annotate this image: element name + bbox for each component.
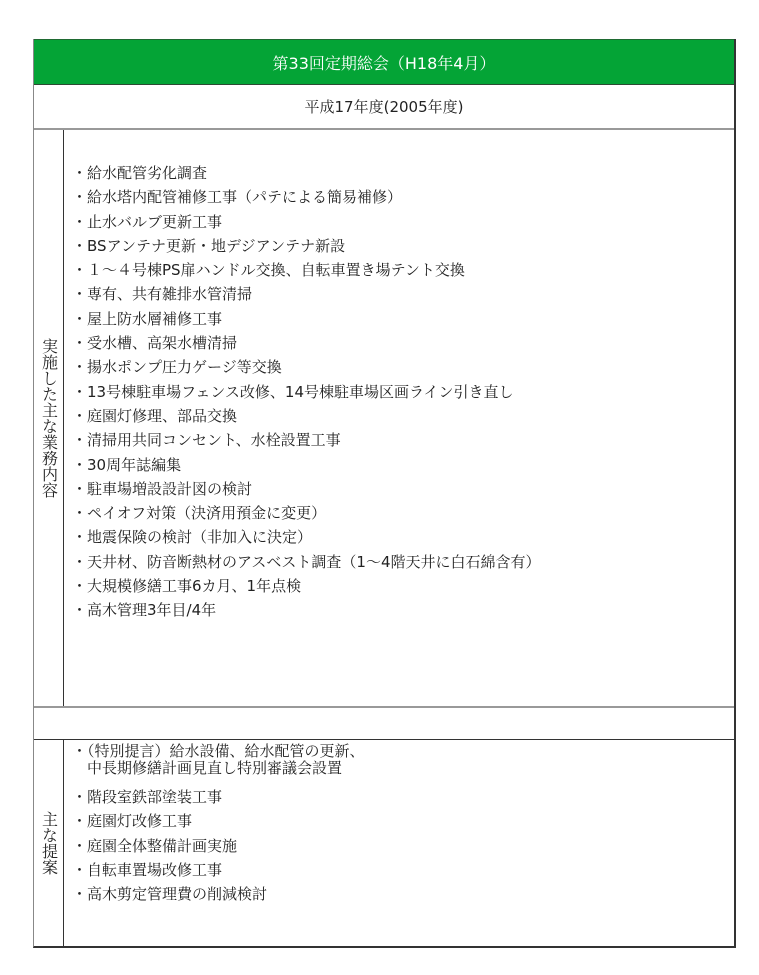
list-item: 階段室鉄部塗装工事 xyxy=(72,785,726,809)
list-item: 庭園全体整備計画実施 xyxy=(72,834,726,858)
list-item: 屋上防水層補修工事 xyxy=(72,307,726,331)
list-item: 止水バルブ更新工事 xyxy=(72,210,726,234)
implemented-work-section: 実施した主な業務内容 給水配管劣化調査 給水塔内配管補修工事（パテによる簡易補修… xyxy=(34,130,734,708)
list-item: 給水配管劣化調査 xyxy=(72,161,726,185)
list-item: 自転車置場改修工事 xyxy=(72,858,726,882)
spacer-row xyxy=(34,708,734,740)
list-item: 庭園灯修理、部品交換 xyxy=(72,404,726,428)
list-item: 天井材、防音断熱材のアスベスト調査（1～4階天井に白石綿含有） xyxy=(72,550,726,574)
proposals-section: 主な提案 （特別提言）給水設備、給水配管の更新、 中長期修繕計画見直し特別審議会… xyxy=(34,740,734,946)
list-item: 清掃用共同コンセント、水栓設置工事 xyxy=(72,428,726,452)
list-item: １～４号棟PS扉ハンドル交換、自転車置き場テント交換 xyxy=(72,258,726,282)
list-item: 13号棟駐車場フェンス改修、14号棟駐車場区画ライン引き直し xyxy=(72,380,726,404)
list-item: 給水塔内配管補修工事（パテによる簡易補修） xyxy=(72,185,726,209)
list-item: 駐車場増設設計図の検討 xyxy=(72,477,726,501)
implemented-work-label: 実施した主な業務内容 xyxy=(40,338,58,498)
list-item: 30周年誌編集 xyxy=(72,453,726,477)
list-item: 高木管理3年目/4年 xyxy=(72,598,726,622)
list-item: 地震保険の検討（非加入に決定） xyxy=(72,525,726,549)
list-item: 庭園灯改修工事 xyxy=(72,809,726,833)
general-meeting-table: 第33回定期総会（H18年4月） 平成17年度(2005年度) 実施した主な業務… xyxy=(33,39,736,948)
proposals-list: （特別提言）給水設備、給水配管の更新、 中長期修繕計画見直し特別審議会設置 階段… xyxy=(72,743,726,906)
list-item: 揚水ポンプ圧力ゲージ等交換 xyxy=(72,355,726,379)
section-label-cell: 実施した主な業務内容 xyxy=(34,130,64,706)
list-item: ペイオフ対策（決済用預金に変更） xyxy=(72,501,726,525)
meeting-title: 第33回定期総会（H18年4月） xyxy=(273,51,496,74)
list-item: 大規模修繕工事6カ月、1年点検 xyxy=(72,574,726,598)
section-label-cell: 主な提案 xyxy=(34,740,64,946)
implemented-work-list: 給水配管劣化調査 給水塔内配管補修工事（パテによる簡易補修） 止水バルブ更新工事… xyxy=(72,161,726,623)
list-item: 高木剪定管理費の削減検討 xyxy=(72,882,726,906)
list-item: 専有、共有雑排水管清掃 xyxy=(72,282,726,306)
fiscal-year-row: 平成17年度(2005年度) xyxy=(34,85,734,130)
list-item: BSアンテナ更新・地デジアンテナ新設 xyxy=(72,234,726,258)
fiscal-year: 平成17年度(2005年度) xyxy=(305,96,464,117)
list-item: （特別提言）給水設備、給水配管の更新、 中長期修繕計画見直し特別審議会設置 xyxy=(72,743,726,785)
proposals-label: 主な提案 xyxy=(40,811,58,875)
list-item: 受水槽、高架水槽清掃 xyxy=(72,331,726,355)
meeting-title-header: 第33回定期総会（H18年4月） xyxy=(34,39,734,85)
